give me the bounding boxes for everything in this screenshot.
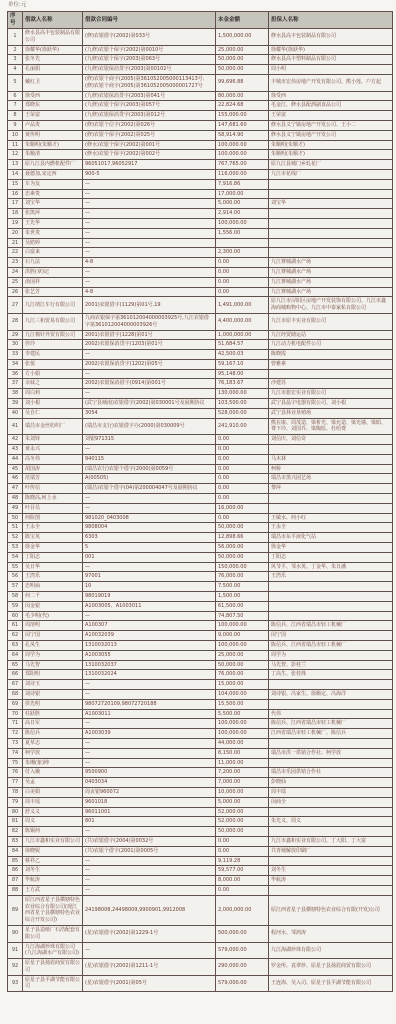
borrower-cell: 孔凤生 xyxy=(23,641,83,651)
borrower-cell: 郑晓东 xyxy=(23,101,83,111)
table-row: 66郑阳明131003202476,000.00丁高生、张桂珠 xyxy=(8,670,393,680)
amount-cell: 17,000.00 xyxy=(216,189,269,199)
seq-cell: 86 xyxy=(8,866,23,876)
guarantor-cell: 陈晓霞 xyxy=(269,350,393,360)
seq-cell: 76 xyxy=(8,768,23,778)
borrower-cell: 付入娥 xyxy=(23,768,83,778)
amount-cell: 0.00 xyxy=(216,885,269,895)
seq-cell: 90 xyxy=(8,925,23,942)
contract-cell: (修)农银个保字(2002)第025号 xyxy=(83,130,216,140)
guarantor-cell xyxy=(269,248,393,258)
guarantor-cell: 丁高生、张桂珠 xyxy=(269,670,393,680)
contract-cell: 周贞银960072 xyxy=(83,787,216,797)
amount-cell xyxy=(216,238,269,248)
borrower-cell: 九江棉针外贸有限公司 xyxy=(23,330,83,340)
header-row: 序号借款人名称借款合同编号本金金额担保人名称 xyxy=(8,12,393,29)
seq-cell: 68 xyxy=(8,689,23,699)
seq-cell: 5 xyxy=(8,74,23,91)
table-row: 40吴自仁3054528,000.00武宁县林业垦殖场 xyxy=(8,408,393,418)
contract-cell: — xyxy=(83,218,216,228)
contract-cell: (星)农银借字(2002)第1211-1号 xyxy=(83,959,216,976)
table-row: 11朱顺明(朱顺才)(修水)农银个保字(2002)第001号100,000.00… xyxy=(8,140,393,150)
amount-cell: 0.00 xyxy=(216,464,269,474)
borrower-cell: 何险图 xyxy=(23,513,83,523)
seq-cell: 42 xyxy=(8,435,23,445)
contract-cell: (九修)农银个保字(2003)第057号 xyxy=(83,101,216,111)
amount-cell: 100,000.00 xyxy=(216,719,269,729)
table-row: 57忠明扁107,500.00 xyxy=(8,582,393,592)
contract-cell: (九修)农银保消贷字(2003)第012号 xyxy=(83,111,216,121)
seq-cell: 15 xyxy=(8,179,23,189)
contract-cell: — xyxy=(83,228,216,238)
table-row: 68刘诗银—104,000.00刘诗银、冯家生、徐顺定、冯海洋 xyxy=(8,689,393,699)
seq-cell: 46 xyxy=(8,474,23,484)
contract-cell: — xyxy=(83,738,216,748)
contract-cell: 001 xyxy=(83,552,216,562)
amount-cell: 0.00 xyxy=(216,484,269,494)
amount-cell: 61,500.00 xyxy=(216,601,269,611)
borrower-cell: 方小娟 xyxy=(23,369,83,379)
seq-cell: 57 xyxy=(8,582,23,592)
seq-cell: 16 xyxy=(8,189,23,199)
contract-cell: — xyxy=(83,350,216,360)
table-row: 10黄传明(修)农银个保字(2002)第025号58,914.90修水县义宁镇房… xyxy=(8,130,393,140)
amount-cell: 0.00 xyxy=(216,454,269,464)
table-row: 91九江海湖珍珠有限公司(九江海湖水产有限公司)—579,000.00九江海湖珍… xyxy=(8,942,393,959)
guarantor-cell xyxy=(269,189,393,199)
document-page: 单位:元 序号借款人名称借款合同编号本金金额担保人名称 1修水县高丰包装制品有限… xyxy=(0,0,396,992)
amount-cell: 5,500.00 xyxy=(216,709,269,719)
guarantor-cell: 九江市原丰实业有限公司 xyxy=(269,313,393,330)
amount-cell: 0.00 xyxy=(216,435,269,445)
seq-cell: 3 xyxy=(8,55,23,65)
amount-cell: 0.00 xyxy=(216,445,269,455)
table-row: 82陈锡何—50,000.00 xyxy=(8,827,393,837)
guarantor-cell xyxy=(269,238,393,248)
borrower-cell: 毛少明(代) xyxy=(23,611,83,621)
amount-cell: 103,500.00 xyxy=(216,399,269,409)
seq-cell: 14 xyxy=(8,169,23,179)
seq-cell: 29 xyxy=(8,330,23,340)
guarantor-cell: 修水县义宁镇房地产开发公司、王小二 xyxy=(269,120,393,130)
guarantor-cell: 王湾乐 xyxy=(269,572,393,582)
table-row: 51王永全980800450,000.00王永全 xyxy=(8,523,393,533)
borrower-cell: 张艺芳 xyxy=(23,287,83,297)
seq-cell: 21 xyxy=(8,238,23,248)
amount-cell: 767,765.00 xyxy=(216,160,269,170)
amount-cell: 0.00 xyxy=(216,267,269,277)
seq-cell: 39 xyxy=(8,399,23,409)
seq-cell: 89 xyxy=(8,895,23,925)
seq-cell: 9 xyxy=(8,120,23,130)
table-row: 65马先智131003203750,000.00马先智、彭桂兰 xyxy=(8,660,393,670)
borrower-cell: 张悦 xyxy=(23,359,83,369)
contract-cell: — xyxy=(83,856,216,866)
contract-cell: 2001)农银借字(1228)第01号 xyxy=(83,330,216,340)
seq-cell: 41 xyxy=(8,418,23,435)
amount-cell: 5,000.00 xyxy=(216,199,269,209)
amount-cell: 100,000.00 xyxy=(216,140,269,150)
guarantor-cell: 毕航涛 xyxy=(269,876,393,886)
guarantor-cell xyxy=(269,503,393,513)
amount-cell: 0.00 xyxy=(216,277,269,287)
seq-cell: 34 xyxy=(8,359,23,369)
borrower-cell: 石九法 xyxy=(23,258,83,268)
borrower-cell: 周义 xyxy=(23,817,83,827)
amount-cell: 9,119.28 xyxy=(216,856,269,866)
table-row: 42朱刘铎刘银9713150.00刘信庆、刘信奇 xyxy=(8,435,393,445)
amount-cell: 15,000.00 xyxy=(216,680,269,690)
guarantor-cell xyxy=(269,582,393,592)
amount-cell: 0.00 xyxy=(216,513,269,523)
table-row: 85蔡祥乙—9,119.28 xyxy=(8,856,393,866)
seq-cell: 62 xyxy=(8,631,23,641)
guarantor-cell: 刘诗银、冯家生、徐顺定、冯海洋 xyxy=(269,689,393,699)
borrower-cell: 高日军 xyxy=(23,719,83,729)
contract-cell: (瑞昌农行)农银个借字(2000)第0059号 xyxy=(83,464,216,474)
seq-cell: 87 xyxy=(8,876,23,886)
guarantor-cell xyxy=(269,601,393,611)
contract-cell: 3054 xyxy=(83,408,216,418)
col-header-guarantor: 担保人名称 xyxy=(269,12,393,29)
seq-cell: 20 xyxy=(8,228,23,238)
amount-cell: 100,000.00 xyxy=(216,150,269,160)
amount-cell: 50,000.00 xyxy=(216,552,269,562)
table-row: 7郑晓东(九修)农银个保字(2003)第057号22,824.68毛金江、修水县… xyxy=(8,101,393,111)
table-row: 50何险图981020_04030080.00王敏水、何小红 xyxy=(8,513,393,523)
table-row: 71高日军—100,000.00陈信兵、江西省瑞昌市轻工机械厂 xyxy=(8,719,393,729)
seq-cell: 28 xyxy=(8,313,23,330)
seq-cell: 83 xyxy=(8,836,23,846)
guarantor-cell xyxy=(269,369,393,379)
guarantor-cell xyxy=(269,218,393,228)
guarantor-cell: 罗金所、袁翠珍、原星子县扬眉商贸有限公司 xyxy=(269,959,393,976)
table-row: 61周溶明A100307100,000.00陈信兵、江西省瑞昌市轻工机械厂 xyxy=(8,621,393,631)
amount-cell: 0.00 xyxy=(216,474,269,484)
guarantor-cell: 瑞昌市东平液化气站 xyxy=(269,533,393,543)
col-header-contract: 借款合同编号 xyxy=(83,12,216,29)
borrower-cell: 徐受西 xyxy=(23,91,83,101)
amount-cell: 16,000.00 xyxy=(216,503,269,513)
seq-cell: 50 xyxy=(8,513,23,523)
amount-cell: 56,000.00 xyxy=(216,543,269,553)
borrower-cell: 王永全 xyxy=(23,523,83,533)
table-row: 2徐耀华(徐跃华)(九修)农银个保字(2002)第0010号25,000.00徐… xyxy=(8,45,393,55)
borrower-cell: 郑阳明 xyxy=(23,670,83,680)
borrower-cell: 戴红卫 xyxy=(23,74,83,91)
borrower-cell: 范瑞芳 xyxy=(23,474,83,484)
seq-cell: 47 xyxy=(8,484,23,494)
amount-cell: 76,000.00 xyxy=(216,572,269,582)
borrower-cell: 忠明扁 xyxy=(23,582,83,592)
contract-cell: A1003039 xyxy=(83,729,216,739)
guarantor-cell xyxy=(269,758,393,768)
amount-cell: 59,167.10 xyxy=(216,359,269,369)
seq-cell: 71 xyxy=(8,719,23,729)
seq-cell: 78 xyxy=(8,787,23,797)
amount-cell: 290,000.00 xyxy=(216,959,269,976)
seq-cell: 81 xyxy=(8,817,23,827)
table-row: 36方小娟—95,148.00 xyxy=(8,369,393,379)
borrower-cell: 九江靖江车行有限公司 xyxy=(23,297,83,314)
seq-cell: 77 xyxy=(8,778,23,788)
table-row: 88王方武—0.00 xyxy=(8,885,393,895)
contract-cell: 1310032024 xyxy=(83,670,216,680)
table-row: 19王先华—100,000.00 xyxy=(8,218,393,228)
contract-cell: 1310032037 xyxy=(83,660,216,670)
borrower-cell: 何二千 xyxy=(23,592,83,602)
amount-cell: 241,910.00 xyxy=(216,418,269,435)
table-row: 4孔丽娟(九修)农银保消贷字(2003)第00102号50,000.00周小明 xyxy=(8,65,393,75)
amount-cell: 52,000.00 xyxy=(216,817,269,827)
seq-cell: 70 xyxy=(8,709,23,719)
guarantor-cell: 江西省瑞昌市轻工机械厂、陈信兵 xyxy=(269,729,393,739)
seq-cell: 27 xyxy=(8,297,23,314)
guarantor-cell: 柯桥 xyxy=(269,464,393,474)
guarantor-cell: 刘冬生 xyxy=(269,866,393,876)
borrower-cell: 白美娟 xyxy=(23,787,83,797)
guarantor-cell: 刘信庆、刘信奇 xyxy=(269,435,393,445)
amount-cell: 130,000.00 xyxy=(216,389,269,399)
borrower-cell: 原江西省星子县横塘特色农业综合有限公司(现江西省星子县横塘特色农业综合开发公司) xyxy=(23,895,83,925)
table-row: 13原九江县内燃机配件厂96051017,96052917767,765.00原… xyxy=(8,160,393,170)
borrower-cell: 柱跃胜 xyxy=(23,709,83,719)
seq-cell: 18 xyxy=(8,209,23,219)
seq-cell: 93 xyxy=(8,975,23,992)
amount-cell: 51,684.57 xyxy=(216,340,269,350)
guarantor-cell: 共青城解放印刷厂 xyxy=(269,846,393,856)
guarantor-cell: 九江市花线厂 xyxy=(269,169,393,179)
borrower-cell: 徐金华 xyxy=(23,543,83,553)
contract-cell: (共)农银借字(2004)第0032号 xyxy=(83,836,216,846)
borrower-cell: 聂德加,宋定西 xyxy=(23,169,83,179)
borrower-cell: 忠素贵 xyxy=(23,189,83,199)
seq-cell: 48 xyxy=(8,494,23,504)
contract-cell: 4-8 xyxy=(83,287,216,297)
table-row: 8王荣富(九修)农银保消贷字(2003)第012号155,000.00王荣富 xyxy=(8,111,393,121)
amount-cell: 50,000.00 xyxy=(216,523,269,533)
guarantor-cell: 徐金华 xyxy=(269,543,393,553)
seq-cell: 25 xyxy=(8,277,23,287)
seq-cell: 73 xyxy=(8,738,23,748)
amount-cell: 100,000.00 xyxy=(216,729,269,739)
col-header-borrower: 借款人名称 xyxy=(23,12,83,29)
guarantor-cell xyxy=(269,856,393,866)
guarantor-cell: 丰城市宏伟房地产开发有限公司、熊小莲、户方起 xyxy=(269,74,393,91)
table-row: 47叶传信(瑞昌)农银个借字(04)第200004047号及展期协议0.00黎萍 xyxy=(8,484,393,494)
seq-cell: 72 xyxy=(8,729,23,739)
amount-cell: 2,000,000.00 xyxy=(216,895,269,925)
guarantor-cell xyxy=(269,738,393,748)
amount-cell: 0.00 xyxy=(216,836,269,846)
contract-cell: (瑞昌)农银个借字(04)第200004047号及展期协议 xyxy=(83,484,216,494)
contract-cell: (九修)农银个保字(2002)第0010号 xyxy=(83,45,216,55)
table-row: 28九江三和贸易有限公司九商农银保字第361012004000003925号,九… xyxy=(8,313,393,330)
guarantor-cell: 朱顺明(朱顺才) xyxy=(269,150,393,160)
table-row: 38周白莉—130,000.00九江市旅宏实业有限公司 xyxy=(8,389,393,399)
table-row: 58何二千980190191,500.00 xyxy=(8,592,393,602)
seq-cell: 24 xyxy=(8,267,23,277)
amount-cell: 147,681.60 xyxy=(216,120,269,130)
seq-cell: 74 xyxy=(8,748,23,758)
contract-cell: — xyxy=(83,876,216,886)
seq-cell: 82 xyxy=(8,827,23,837)
table-row: 62闵宁国A100320399,000.00闵宁国 xyxy=(8,631,393,641)
contract-cell: 刘银971315 xyxy=(83,435,216,445)
seq-cell: 19 xyxy=(8,218,23,228)
table-row: 75朱缃(象)坤—11,000.00 xyxy=(8,758,393,768)
table-row: 72陈信兵A1003039100,000.00江西省瑞昌市轻工机械厂、陈信兵 xyxy=(8,729,393,739)
guarantor-cell: 瑞昌市黑兴园艺场 xyxy=(269,474,393,484)
table-row: 83九江市鑫和实业有限公司(共)农银借字(2004)第0032号0.00九江市鑫… xyxy=(8,836,393,846)
contract-cell: — xyxy=(83,748,216,758)
seq-cell: 6 xyxy=(8,91,23,101)
table-row: 70柱跃胜A10030115,500.00代伟 xyxy=(8,709,393,719)
table-row: 3张冬先(九修)农银个保字(2003)第063号50,000.00修水县高丰塑料… xyxy=(8,55,393,65)
borrower-cell: 吴孟 xyxy=(23,778,83,788)
amount-cell: 52,000.00 xyxy=(216,807,269,817)
borrower-cell: 舒义义 xyxy=(23,807,83,817)
amount-cell: 2,300.00 xyxy=(216,248,269,258)
guarantor-cell: 马先智、彭桂兰 xyxy=(269,660,393,670)
seq-cell: 45 xyxy=(8,464,23,474)
contract-cell: 97001 xyxy=(83,572,216,582)
guarantor-cell: 闵商全 xyxy=(269,797,393,807)
borrower-cell: 蔡祥乙 xyxy=(23,856,83,866)
guarantor-cell: 九江赛城湖水产场 xyxy=(269,258,393,268)
borrower-cell: 胡国涛 xyxy=(23,464,83,474)
amount-cell: 1,500,000.00 xyxy=(216,29,269,46)
borrower-cell: 徐晓妮 xyxy=(23,846,83,856)
guarantor-cell: 九江市鑫和实业有限公司、丁大阳、丁大富 xyxy=(269,836,393,846)
borrower-cell: 九江海湖珍珠有限公司(九江海湖水产有限公司) xyxy=(23,942,83,959)
contract-cell: (修水)农银个保字(2002)第002号 xyxy=(83,150,216,160)
guarantor-cell xyxy=(269,827,393,837)
borrower-cell: 叶传信 xyxy=(23,484,83,494)
guarantor-cell: 九江经贸储运站 xyxy=(269,330,393,340)
contract-cell: — xyxy=(83,189,216,199)
amount-cell: 8,000.00 xyxy=(216,876,269,886)
borrower-cell: 周学为 xyxy=(23,650,83,660)
amount-cell: 0.00 xyxy=(216,258,269,268)
contract-cell: — xyxy=(83,758,216,768)
borrower-cell: 孔丽娟 xyxy=(23,65,83,75)
table-row: 56王湾乐9700176,000.00王湾乐 xyxy=(8,572,393,582)
guarantor-cell: 九江海湖珍珠有限公司 xyxy=(269,942,393,959)
amount-cell: 44,000.00 xyxy=(216,738,269,748)
seq-cell: 88 xyxy=(8,885,23,895)
amount-cell: 579,000.00 xyxy=(216,975,269,992)
table-row: 92原星子县扬眉商贸有限公司(星)农银借字(2002)第1211-1号290,0… xyxy=(8,959,393,976)
table-row: 45胡国涛(瑞昌农行)农银个借字(2000)第0059号0.00柯桥 xyxy=(8,464,393,474)
amount-cell: 12,898.66 xyxy=(216,533,269,543)
borrower-cell: 刘诗银 xyxy=(23,689,83,699)
seq-cell: 23 xyxy=(8,258,23,268)
contract-cell: 98019019 xyxy=(83,592,216,602)
amount-cell: 76,183.67 xyxy=(216,379,269,389)
borrower-cell: 修水县高丰包装制品有限公司 xyxy=(23,29,83,46)
contract-cell: (星)农银借字(2002)第1229-1号 xyxy=(83,925,216,942)
table-row: 39刘小根(武宁县城南)农银借字(2002)第030001号及展期协议103,5… xyxy=(8,399,393,409)
table-row: 87毕航涛—8,000.00毕航涛 xyxy=(8,876,393,886)
contract-cell: 940115 xyxy=(83,454,216,464)
guarantor-cell: 黎萍 xyxy=(269,484,393,494)
guarantor-cell xyxy=(269,807,393,817)
guarantor-cell: 风节平、邹水英、丁金华、朱日潘 xyxy=(269,562,393,572)
amount-cell: 116,000.00 xyxy=(216,169,269,179)
table-row: 78白美娟周贞银96007210,000.00周丰瑶 xyxy=(8,787,393,797)
contract-cell: (修水)农银个保字(2002)第001号 xyxy=(83,140,216,150)
table-row: 74柯学放—8,150.00瑞昌市洪一供销合作社、柯学放 xyxy=(8,748,393,758)
table-row: 59闵金银A1003005、A100301161,500.00 xyxy=(8,601,393,611)
amount-cell: 58,914.90 xyxy=(216,130,269,140)
table-row: 41瑞昌市金丝纺织厂(瑞昌市支行)农银借字办(2000)第030009号241,… xyxy=(8,418,393,435)
borrower-cell: 陈晓高,何上水 xyxy=(23,494,83,504)
contract-cell: A1003005、A1003011 xyxy=(83,601,216,611)
contract-cell: A(00505) xyxy=(83,474,216,484)
amount-cell: 99,696.88 xyxy=(216,74,269,91)
guarantor-cell: 徐受西 xyxy=(269,91,393,101)
amount-cell: 50,000.00 xyxy=(216,660,269,670)
contract-cell: 9601018 xyxy=(83,797,216,807)
contract-cell: 2002)农银保消借字(0914)第001号 xyxy=(83,379,216,389)
borrower-cell: 王方武 xyxy=(23,885,83,895)
guarantor-cell: 徐耀华(徐跃华) xyxy=(269,45,393,55)
contract-cell: — xyxy=(83,680,216,690)
table-body: 1修水县高丰包装制品有限公司(修)农银借字(2002)第033号1,500,00… xyxy=(8,29,393,992)
guarantor-cell: 周丰瑶 xyxy=(269,787,393,797)
borrower-cell: 原星子县扬眉商贸有限公司 xyxy=(23,959,83,976)
seq-cell: 91 xyxy=(8,942,23,959)
borrower-cell: 俞国祥 xyxy=(23,277,83,287)
borrower-cell: 丁阳志 xyxy=(23,552,83,562)
guarantor-cell xyxy=(269,228,393,238)
contract-cell: 2002)农银保消贷字(1203)第01号 xyxy=(83,340,216,350)
borrower-cell: 朱顺清 xyxy=(23,150,83,160)
table-row: 67刘诗玉—15,000.00 xyxy=(8,680,393,690)
amount-cell: 0.00 xyxy=(216,287,269,297)
amount-cell: 50,000.00 xyxy=(216,827,269,837)
contract-cell: — xyxy=(83,445,216,455)
guarantor-cell: 原江西省星子县横塘特色农业综合有限(开发)公司 xyxy=(269,895,393,925)
seq-cell: 4 xyxy=(8,65,23,75)
amount-cell: 579,000.00 xyxy=(216,942,269,959)
table-row: 84徐晓妮(共)农银个借字(2001)第0005号0.00共青城解放印刷厂 xyxy=(8,846,393,856)
contract-cell: — xyxy=(83,562,216,572)
loan-list-table: 序号借款人名称借款合同编号本金金额担保人名称 1修水县高丰包装制品有限公司(修)… xyxy=(7,11,393,992)
contract-cell: 96051017,96052917 xyxy=(83,160,216,170)
table-row: 76付入娥95009007,200.00瑞昌市乐园供销合作社 xyxy=(8,768,393,778)
table-row: 17刘宝华—5,000.00刘宝华 xyxy=(8,199,393,209)
contract-cell: — xyxy=(83,494,216,504)
guarantor-cell: 熊在康、周茂造、梁析光、梁允造、梁光墙、梁昭、费下玲、刘国芥、梁陶监、杜绍费 xyxy=(269,418,393,435)
contract-cell: — xyxy=(83,719,216,729)
contract-cell: (星)农银借字(2001)第05号 xyxy=(83,975,216,992)
seq-cell: 38 xyxy=(8,389,23,399)
borrower-cell: 朱刘铎 xyxy=(23,435,83,445)
guarantor-cell: 陈信兵、江西省瑞昌市轻工机械厂 xyxy=(269,621,393,631)
table-row: 46范瑞芳A(00505)0.00瑞昌市黑兴园艺场 xyxy=(8,474,393,484)
guarantor-cell xyxy=(269,611,393,621)
borrower-cell: 侯先明 xyxy=(23,699,83,709)
table-row: 49叶目员—16,000.00 xyxy=(8,503,393,513)
contract-cell: — xyxy=(83,503,216,513)
contract-cell: (武宁县城南)农银借字(2002)第030001号及展期协议 xyxy=(83,399,216,409)
contract-cell: 98072720109,98072720188 xyxy=(83,699,216,709)
seq-cell: 17 xyxy=(8,199,23,209)
guarantor-cell: 彭晓仙 xyxy=(269,778,393,788)
table-row: 53徐金华556,000.00徐金华 xyxy=(8,543,393,553)
